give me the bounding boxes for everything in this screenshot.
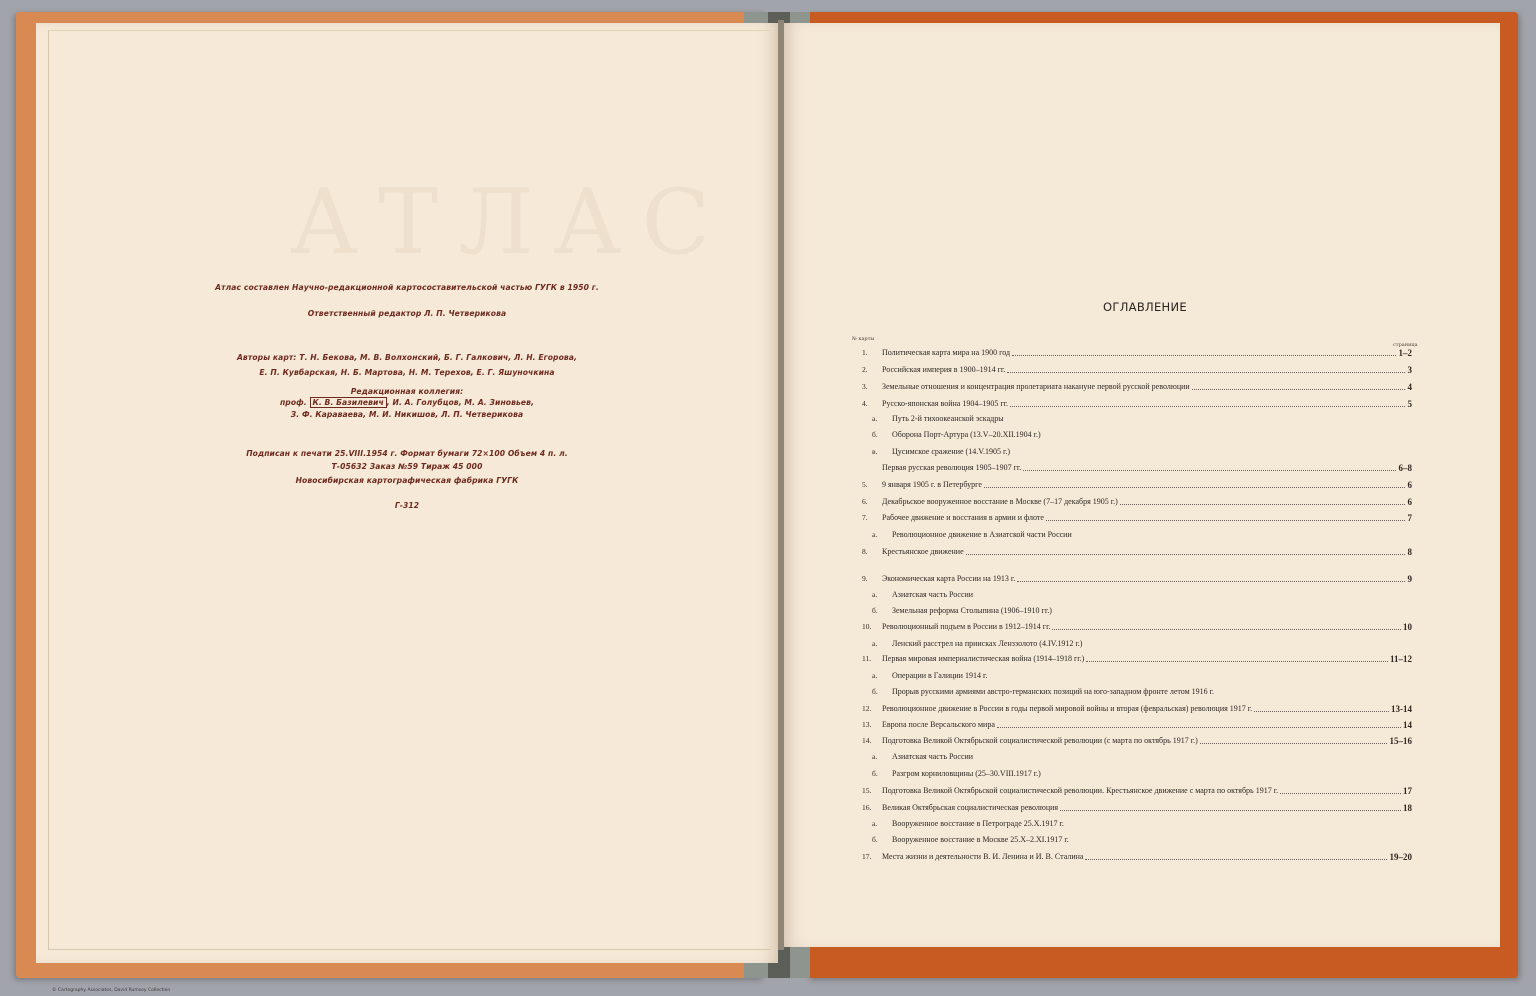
entry-number: а. [872,750,877,764]
entry-title: Подготовка Великой Октябрьской социалист… [882,784,1278,798]
leader-dots [1007,372,1405,373]
toc-entry: 8.Крестьянское движение8 [850,545,1412,559]
catalog-code: Г-312 [36,501,778,510]
toc-subentry: а.Ленский расстрел на приисках Ленззолот… [850,637,1412,651]
toc-subentry: а.Путь 2-й тихоокеанской эскадры [850,412,1412,426]
toc-entry: 17.Места жизни и деятельности В. И. Лени… [850,850,1412,864]
toc-entry: 14.Подготовка Великой Октябрьской социал… [850,734,1412,748]
entry-title: Революционное движение в Азиатской части… [892,528,1072,542]
entry-page: 13-14 [1391,702,1412,716]
authors-line-1: Авторы карт: Т. Н. Бекова, М. В. Волхонс… [36,353,778,362]
toc-subentry: б.Разгром корниловщины (25–30.VIII.1917 … [850,767,1412,781]
entry-title: Вооруженное восстание в Петрограде 25.X.… [892,817,1064,831]
entry-page: 7 [1408,511,1413,525]
entry-number: б. [872,833,878,847]
bleed-through-title: АТЛАС [290,170,730,275]
toc-entry: 9.Экономическая карта России на 1913 г.9 [850,572,1412,586]
entry-page: 6 [1408,478,1413,492]
toc-entry: 6.Декабрьское вооруженное восстание в Мо… [850,495,1412,509]
entry-title: Европа после Версальского мира [882,718,995,732]
entry-number: 15. [862,784,871,798]
leader-dots [997,727,1401,728]
entry-number: 16. [862,801,871,815]
leader-dots [1052,629,1401,630]
col-header-map-number: № карты [852,336,874,342]
toc-subentry: а.Азиатская часть России [850,588,1412,602]
entry-title: Азиатская часть России [892,750,973,764]
leader-dots [1120,504,1405,505]
editorial-board-line-1: проф. К. В. Базилевич, И. А. Голубцов, М… [36,398,778,407]
entry-number: 9. [862,572,868,586]
toc-entry: 1.Политическая карта мира на 1900 год1–2 [850,346,1412,360]
entry-number: 12. [862,702,871,716]
toc-entry: 16.Великая Октябрьская социалистическая … [850,801,1412,815]
entry-number: 4. [862,397,868,411]
entry-title: Декабрьское вооруженное восстание в Моск… [882,495,1118,509]
toc-entry: 12.Революционное движение в России в год… [850,702,1412,716]
entry-number: б. [872,767,878,781]
entry-number: 5. [862,478,868,492]
entry-page: 17 [1403,784,1412,798]
leader-dots [1086,661,1388,662]
toc-entry: Первая русская революция 1905–1907 гг.6–… [850,461,1412,475]
entry-title: Российская империя в 1900–1914 гг. [882,363,1005,377]
entry-number: 13. [862,718,871,732]
entry-title: Земельные отношения и концентрация проле… [882,380,1190,394]
entry-number: 7. [862,511,868,525]
entry-number: 1. [862,346,868,360]
entry-number: 6. [862,495,868,509]
entry-title: Оборона Порт-Артура (13.V–20.XII.1904 г.… [892,428,1041,442]
entry-number: а. [872,528,877,542]
leader-dots [1012,355,1396,356]
entry-page: 4 [1408,380,1413,394]
entry-title: Первая мировая империалистическая война … [882,652,1084,666]
entry-number: 11. [862,652,871,666]
entry-title: Рабочее движение и восстания в армии и ф… [882,511,1044,525]
leader-dots [1200,743,1387,744]
leader-dots [1192,389,1405,390]
entry-title: Революционное движение в России в годы п… [882,702,1252,716]
toc-title: ОГЛАВЛЕНИЕ [1060,300,1230,314]
entry-number: б. [872,604,878,618]
board-prefix: проф. [280,398,307,407]
print-line-1: Подписан к печати 25.VIII.1954 г. Формат… [36,449,778,458]
entry-title: Разгром корниловщины (25–30.VIII.1917 г.… [892,767,1041,781]
leader-dots [1254,711,1389,712]
entry-title: Русско-японская война 1904–1905 гг. [882,397,1008,411]
entry-title: Азиатская часть России [892,588,973,602]
entry-page: 1–2 [1399,346,1413,360]
entry-number: а. [872,588,877,602]
entry-page: 8 [1408,545,1413,559]
entry-title: Революционный подъем в России в 1912–191… [882,620,1050,634]
toc-entry: 7.Рабочее движение и восстания в армии и… [850,511,1412,525]
entry-number: а. [872,637,877,651]
leader-dots [1085,859,1387,860]
toc-entry: 2.Российская империя в 1900–1914 гг.3 [850,363,1412,377]
responsible-editor: Ответственный редактор Л. П. Четверикова [36,309,778,318]
toc-subentry: в.Цусимское сражение (14.V.1905 г.) [850,445,1412,459]
entry-title: Путь 2-й тихоокеанской эскадры [892,412,1004,426]
left-page [36,23,778,963]
toc-entry: 10.Революционный подъем в России в 1912–… [850,620,1412,634]
toc-subentry: а.Операции в Галиции 1914 г. [850,669,1412,683]
entry-title: Цусимское сражение (14.V.1905 г.) [892,445,1010,459]
entry-page: 3 [1408,363,1413,377]
entry-title: Места жизни и деятельности В. И. Ленина … [882,850,1083,864]
leader-dots [984,487,1405,488]
entry-number: 2. [862,363,868,377]
entry-number: 17. [862,850,871,864]
entry-title: Политическая карта мира на 1900 год [882,346,1010,360]
compiled-by: Атлас составлен Научно-редакционной карт… [36,283,778,292]
entry-number: в. [872,445,877,459]
leader-dots [1060,810,1401,811]
entry-page: 19–20 [1390,850,1413,864]
entry-title: Экономическая карта России на 1913 г. [882,572,1015,586]
toc-entry: 15.Подготовка Великой Октябрьской социал… [850,784,1412,798]
toc-subentry: б.Оборона Порт-Артура (13.V–20.XII.1904 … [850,428,1412,442]
entry-page: 18 [1403,801,1412,815]
toc-subentry: а.Азиатская часть России [850,750,1412,764]
leader-dots [1046,520,1405,521]
toc-entry: 11.Первая мировая империалистическая вой… [850,652,1412,666]
entry-title: Операции в Галиции 1914 г. [892,669,987,683]
entry-title: Ленский расстрел на приисках Ленззолото … [892,637,1082,651]
toc-subentry: б.Прорыв русскими армиями австро-германс… [850,685,1412,699]
editorial-board-label: Редакционная коллегия: [36,387,778,396]
entry-number: а. [872,817,877,831]
entry-page: 14 [1403,718,1412,732]
print-line-3: Новосибирская картографическая фабрика Г… [36,476,778,485]
entry-number: а. [872,669,877,683]
entry-number: 8. [862,545,868,559]
entry-number: а. [872,412,877,426]
toc-subentry: б.Вооруженное восстание в Москве 25.X–2.… [850,833,1412,847]
entry-page: 10 [1403,620,1412,634]
leader-dots [1280,793,1401,794]
entry-number: 3. [862,380,868,394]
leader-dots [1023,470,1396,471]
toc-subentry: а.Вооруженное восстание в Петрограде 25.… [850,817,1412,831]
leader-dots [1010,406,1405,407]
editorial-board-line-2: З. Ф. Караваева, М. И. Никишов, Л. П. Че… [36,410,778,419]
entry-page: 5 [1408,397,1413,411]
entry-number: 14. [862,734,871,748]
toc-entry: 3.Земельные отношения и концентрация про… [850,380,1412,394]
entry-page: 6–8 [1399,461,1413,475]
entry-title: 9 января 1905 г. в Петербурге [882,478,982,492]
toc-entry: 4.Русско-японская война 1904–1905 гг.5 [850,397,1412,411]
entry-title: Первая русская революция 1905–1907 гг. [882,461,1021,475]
entry-number: 10. [862,620,871,634]
entry-number: б. [872,428,878,442]
print-line-2: Т-05632 Заказ №59 Тираж 45 000 [36,462,778,471]
entry-page: 6 [1408,495,1413,509]
entry-page: 9 [1408,572,1413,586]
copyright-credit: © Cartography Associates, David Rumsey C… [52,988,170,993]
leader-dots [966,554,1405,555]
entry-page: 15–16 [1390,734,1413,748]
leader-dots [1017,581,1405,582]
entry-title: Земельная реформа Столыпина (1906–1910 г… [892,604,1052,618]
book-spread: АТЛАС Атлас составлен Научно-редакционно… [0,0,1536,996]
entry-number: б. [872,685,878,699]
toc-subentry: б.Земельная реформа Столыпина (1906–1910… [850,604,1412,618]
entry-title: Вооруженное восстание в Москве 25.X–2.XI… [892,833,1069,847]
toc-entry: 13.Европа после Версальского мира14 [850,718,1412,732]
entry-title: Прорыв русскими армиями австро-германски… [892,685,1214,699]
authors-line-2: Е. П. Кувбарская, Н. Б. Мартова, Н. М. Т… [36,368,778,377]
entry-page: 11–12 [1390,652,1412,666]
toc-subentry: а.Революционное движение в Азиатской час… [850,528,1412,542]
entry-title: Великая Октябрьская социалистическая рев… [882,801,1058,815]
toc-entry: 5.9 января 1905 г. в Петербурге6 [850,478,1412,492]
entry-title: Подготовка Великой Октябрьской социалист… [882,734,1198,748]
entry-title: Крестьянское движение [882,545,964,559]
boxed-name: К. В. Базилевич [310,397,387,408]
board-line-1-rest: , И. А. Голубцов, М. А. Зиновьев, [387,398,534,407]
